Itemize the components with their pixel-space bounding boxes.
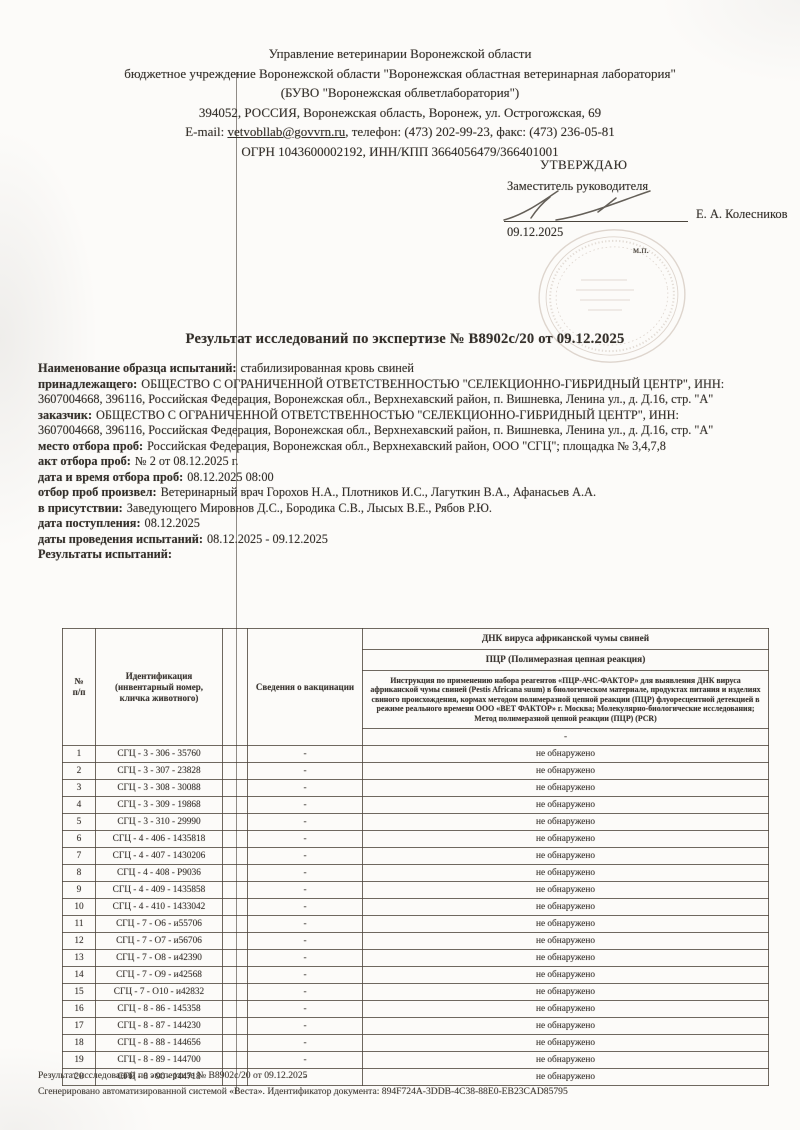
detail-line: в присутствии:Заведующего Мировнов Д.С.,… <box>38 501 746 517</box>
detail-value: Российская Федерация, Воронежская обл., … <box>147 439 666 453</box>
row-vaccination: - <box>248 848 363 865</box>
row-number: 14 <box>63 967 96 984</box>
row-result: не обнаружено <box>363 950 769 967</box>
row-number: 4 <box>63 797 96 814</box>
email-link[interactable]: vetvobllab@govvrn.ru <box>227 124 345 139</box>
table-row: 9СГЦ - 4 - 409 - 1435858-не обнаружено <box>63 882 769 899</box>
row-result: не обнаружено <box>363 1069 769 1086</box>
detail-value: Ветеринарный врач Горохов Н.А., Плотнико… <box>161 485 596 499</box>
row-vaccination: - <box>248 797 363 814</box>
row-identification: СГЦ - 4 - 410 - 1433042 <box>96 899 223 916</box>
row-result: не обнаружено <box>363 746 769 763</box>
row-identification: СГЦ - 8 - 87 - 144230 <box>96 1018 223 1035</box>
row-result: не обнаружено <box>363 831 769 848</box>
email-label: E-mail: <box>185 124 224 139</box>
detail-value: 08.12.2025 08:00 <box>187 470 273 484</box>
row-number: 11 <box>63 916 96 933</box>
row-identification: СГЦ - 3 - 309 - 19868 <box>96 797 223 814</box>
row-spacer <box>223 865 248 882</box>
detail-label: дата и время отбора проб: <box>38 470 183 484</box>
table-row: 19СГЦ - 8 - 89 - 144700-не обнаружено <box>63 1052 769 1069</box>
row-identification: СГЦ - 8 - 88 - 144656 <box>96 1035 223 1052</box>
approve-heading: УТВЕРЖДАЮ <box>540 157 627 173</box>
table-row: 12СГЦ - 7 - О7 - и56706-не обнаружено <box>63 933 769 950</box>
letterhead-line-institution: бюджетное учреждение Воронежской области… <box>30 64 770 84</box>
detail-label: принадлежащего: <box>38 377 137 391</box>
table-row: 16СГЦ - 8 - 86 - 145358-не обнаружено <box>63 1001 769 1018</box>
row-spacer <box>223 1001 248 1018</box>
row-spacer <box>223 950 248 967</box>
row-vaccination: - <box>248 1052 363 1069</box>
row-vaccination: - <box>248 780 363 797</box>
letterhead-line-ogrn-inn: ОГРН 1043600002192, ИНН/КПП 3664056479/3… <box>30 142 770 162</box>
row-spacer <box>223 882 248 899</box>
letterhead-line-contacts: E-mail: vetvobllab@govvrn.ru, телефон: (… <box>30 122 770 142</box>
detail-value: ОБЩЕСТВО С ОГРАНИЧЕННОЙ ОТВЕТСТВЕННОСТЬЮ… <box>38 377 724 407</box>
scan-fold-line <box>236 72 237 1094</box>
letterhead-line-abbrev: (БУВО "Воронежская облветлаборатория") <box>30 83 770 103</box>
col-header-vaccination: Сведения о вакцинации <box>248 629 363 746</box>
row-vaccination: - <box>248 865 363 882</box>
row-number: 2 <box>63 763 96 780</box>
table-row: 4СГЦ - 3 - 309 - 19868-не обнаружено <box>63 797 769 814</box>
table-row: 10СГЦ - 4 - 410 - 1433042-не обнаружено <box>63 899 769 916</box>
results-tbody: 1СГЦ - 3 - 306 - 35760-не обнаружено2СГЦ… <box>63 746 769 1086</box>
row-spacer <box>223 763 248 780</box>
round-stamp-seal <box>526 222 702 374</box>
row-vaccination: - <box>248 950 363 967</box>
row-number: 12 <box>63 933 96 950</box>
row-vaccination: - <box>248 814 363 831</box>
table-row: 6СГЦ - 4 - 406 - 1435818-не обнаружено <box>63 831 769 848</box>
row-spacer <box>223 1018 248 1035</box>
row-spacer <box>223 984 248 1001</box>
row-result: не обнаружено <box>363 984 769 1001</box>
row-result: не обнаружено <box>363 933 769 950</box>
row-identification: СГЦ - 4 - 409 - 1435858 <box>96 882 223 899</box>
detail-line: даты проведения испытаний:08.12.2025 - 0… <box>38 532 746 548</box>
detail-label: дата поступления: <box>38 516 141 530</box>
row-result: не обнаружено <box>363 1052 769 1069</box>
detail-value: 08.12.2025 - 09.12.2025 <box>207 532 328 546</box>
row-spacer <box>223 746 248 763</box>
results-table: № п/п Идентификация (инвентарный номер, … <box>62 628 769 1086</box>
row-number: 6 <box>63 831 96 848</box>
row-spacer <box>223 967 248 984</box>
row-result: не обнаружено <box>363 1035 769 1052</box>
col-header-number: № п/п <box>63 629 96 746</box>
row-spacer <box>223 899 248 916</box>
detail-line: Наименование образца испытаний:стабилизи… <box>38 361 746 377</box>
row-result: не обнаружено <box>363 1018 769 1035</box>
row-vaccination: - <box>248 746 363 763</box>
row-number: 15 <box>63 984 96 1001</box>
row-identification: СГЦ - 7 - О7 - и56706 <box>96 933 223 950</box>
row-number: 17 <box>63 1018 96 1035</box>
sample-details: Наименование образца испытаний:стабилизи… <box>38 361 746 563</box>
table-row: 7СГЦ - 4 - 407 - 1430206-не обнаружено <box>63 848 769 865</box>
footer-vesta-id: Сгенерировано автоматизированной системо… <box>38 1086 568 1097</box>
table-row: 11СГЦ - 7 - О6 - и55706-не обнаружено <box>63 916 769 933</box>
row-result: не обнаружено <box>363 865 769 882</box>
detail-line: дата и время отбора проб:08.12.2025 08:0… <box>38 470 746 486</box>
letterhead: Управление ветеринарии Воронежской облас… <box>30 44 770 161</box>
col-header-dna-group: ДНК вируса африканской чумы свиней <box>363 629 769 650</box>
row-number: 19 <box>63 1052 96 1069</box>
row-number: 18 <box>63 1035 96 1052</box>
phone-fax-text: , телефон: (473) 202-99-23, факс: (473) … <box>345 124 615 139</box>
detail-line: место отбора проб:Российская Федерация, … <box>38 439 746 455</box>
detail-label: заказчик: <box>38 408 92 422</box>
detail-label: даты проведения испытаний: <box>38 532 203 546</box>
table-row: 15СГЦ - 7 - О10 - и42832-не обнаружено <box>63 984 769 1001</box>
table-row: 13СГЦ - 7 - О8 - и42390-не обнаружено <box>63 950 769 967</box>
row-number: 16 <box>63 1001 96 1018</box>
row-identification: СГЦ - 7 - О9 - и42568 <box>96 967 223 984</box>
detail-label: акт отбора проб: <box>38 454 131 468</box>
row-result: не обнаружено <box>363 814 769 831</box>
detail-value: стабилизированная кровь свиней <box>241 361 414 375</box>
row-spacer <box>223 797 248 814</box>
row-result: не обнаружено <box>363 797 769 814</box>
report-title: Результат исследований по экспертизе № В… <box>70 331 740 348</box>
table-row: 8СГЦ - 4 - 408 - Р9036-не обнаружено <box>63 865 769 882</box>
row-identification: СГЦ - 7 - О8 - и42390 <box>96 950 223 967</box>
col-header-dash: - <box>363 729 769 746</box>
row-vaccination: - <box>248 831 363 848</box>
row-spacer <box>223 1052 248 1069</box>
detail-value: 08.12.2025 <box>145 516 200 530</box>
detail-line: отбор проб произвел:Ветеринарный врач Го… <box>38 485 746 501</box>
detail-line: акт отбора проб:№ 2 от 08.12.2025 г. <box>38 454 746 470</box>
detail-value: ОБЩЕСТВО С ОГРАНИЧЕННОЙ ОТВЕТСТВЕННОСТЬЮ… <box>38 408 713 438</box>
row-vaccination: - <box>248 916 363 933</box>
row-result: не обнаружено <box>363 967 769 984</box>
row-number: 13 <box>63 950 96 967</box>
row-number: 10 <box>63 899 96 916</box>
row-spacer <box>223 848 248 865</box>
row-number: 5 <box>63 814 96 831</box>
row-number: 7 <box>63 848 96 865</box>
row-identification: СГЦ - 3 - 307 - 23828 <box>96 763 223 780</box>
row-spacer <box>223 780 248 797</box>
scanned-report-page: Управление ветеринарии Воронежской облас… <box>0 0 800 1130</box>
row-identification: СГЦ - 8 - 89 - 144700 <box>96 1052 223 1069</box>
col-header-method-description: Инструкция по применению набора реагенто… <box>363 671 769 729</box>
row-spacer <box>223 933 248 950</box>
detail-line: принадлежащего:ОБЩЕСТВО С ОГРАНИЧЕННОЙ О… <box>38 377 746 408</box>
row-vaccination: - <box>248 933 363 950</box>
col-header-pcr: ПЦР (Полимеразная цепная реакция) <box>363 650 769 671</box>
row-vaccination: - <box>248 882 363 899</box>
detail-line: Результаты испытаний: <box>38 547 746 563</box>
row-identification: СГЦ - 4 - 408 - Р9036 <box>96 865 223 882</box>
table-row: 17СГЦ - 8 - 87 - 144230-не обнаружено <box>63 1018 769 1035</box>
detail-label: Результаты испытаний: <box>38 547 172 561</box>
row-spacer <box>223 916 248 933</box>
row-vaccination: - <box>248 899 363 916</box>
detail-label: Наименование образца испытаний: <box>38 361 237 375</box>
row-identification: СГЦ - 4 - 406 - 1435818 <box>96 831 223 848</box>
row-identification: СГЦ - 7 - О10 - и42832 <box>96 984 223 1001</box>
row-vaccination: - <box>248 1035 363 1052</box>
table-row: 2СГЦ - 3 - 307 - 23828-не обнаружено <box>63 763 769 780</box>
detail-value: Заведующего Мировнов Д.С., Бородика С.В.… <box>127 501 492 515</box>
detail-label: место отбора проб: <box>38 439 143 453</box>
detail-label: отбор проб произвел: <box>38 485 157 499</box>
header-row: № п/п Идентификация (инвентарный номер, … <box>63 629 769 650</box>
row-vaccination: - <box>248 763 363 780</box>
footer-expertise-ref: Результат исследований по экспертизе № В… <box>38 1070 307 1081</box>
row-number: 1 <box>63 746 96 763</box>
table-row: 5СГЦ - 3 - 310 - 29990-не обнаружено <box>63 814 769 831</box>
approver-name: Е. А. Колесников <box>696 207 788 222</box>
row-vaccination: - <box>248 1018 363 1035</box>
letterhead-line-address: 394052, РОССИЯ, Воронежская область, Вор… <box>30 103 770 123</box>
col-header-spacer <box>223 629 248 746</box>
row-identification: СГЦ - 4 - 407 - 1430206 <box>96 848 223 865</box>
row-result: не обнаружено <box>363 916 769 933</box>
signature-ink <box>498 188 694 224</box>
row-vaccination: - <box>248 967 363 984</box>
row-identification: СГЦ - 3 - 308 - 30088 <box>96 780 223 797</box>
row-result: не обнаружено <box>363 1001 769 1018</box>
row-identification: СГЦ - 3 - 310 - 29990 <box>96 814 223 831</box>
detail-line: заказчик:ОБЩЕСТВО С ОГРАНИЧЕННОЙ ОТВЕТСТ… <box>38 408 746 439</box>
row-number: 9 <box>63 882 96 899</box>
results-thead: № п/п Идентификация (инвентарный номер, … <box>63 629 769 746</box>
table-row: 18СГЦ - 8 - 88 - 144656-не обнаружено <box>63 1035 769 1052</box>
row-number: 3 <box>63 780 96 797</box>
row-result: не обнаружено <box>363 848 769 865</box>
row-spacer <box>223 1035 248 1052</box>
mp-seal-mark: м.п. <box>633 246 649 256</box>
row-spacer <box>223 831 248 848</box>
detail-line: дата поступления:08.12.2025 <box>38 516 746 532</box>
row-spacer <box>223 814 248 831</box>
table-row: 1СГЦ - 3 - 306 - 35760-не обнаружено <box>63 746 769 763</box>
row-identification: СГЦ - 3 - 306 - 35760 <box>96 746 223 763</box>
table-row: 3СГЦ - 3 - 308 - 30088-не обнаружено <box>63 780 769 797</box>
detail-label: в присутствии: <box>38 501 123 515</box>
row-identification: СГЦ - 7 - О6 - и55706 <box>96 916 223 933</box>
row-vaccination: - <box>248 984 363 1001</box>
row-number: 8 <box>63 865 96 882</box>
detail-value: № 2 от 08.12.2025 г. <box>135 454 239 468</box>
row-result: не обнаружено <box>363 882 769 899</box>
row-result: не обнаружено <box>363 899 769 916</box>
col-header-identification: Идентификация (инвентарный номер, кличка… <box>96 629 223 746</box>
letterhead-line-authority: Управление ветеринарии Воронежской облас… <box>30 44 770 64</box>
row-vaccination: - <box>248 1001 363 1018</box>
row-result: не обнаружено <box>363 780 769 797</box>
row-identification: СГЦ - 8 - 86 - 145358 <box>96 1001 223 1018</box>
row-result: не обнаружено <box>363 763 769 780</box>
table-row: 14СГЦ - 7 - О9 - и42568-не обнаружено <box>63 967 769 984</box>
